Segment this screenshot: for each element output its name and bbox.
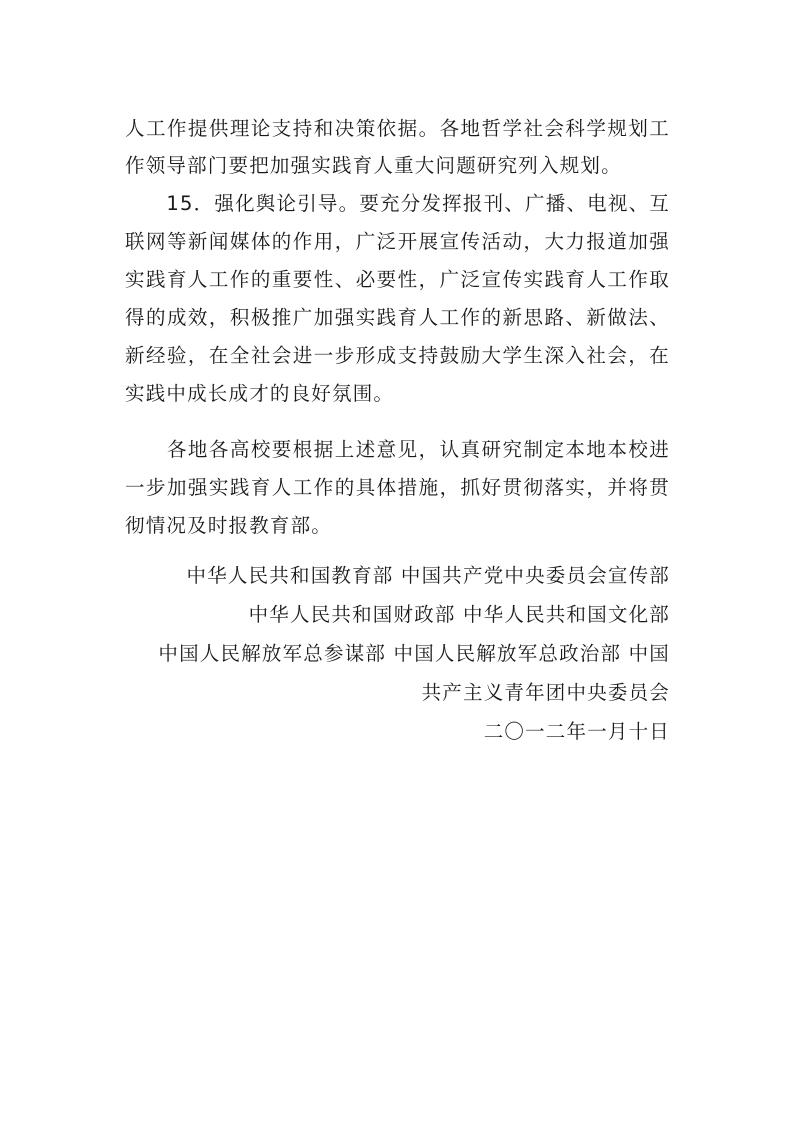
text-line: 作领导部门要把加强实践育人重大问题研究列入规划。 xyxy=(125,147,670,184)
text-line: 联网等新闻媒体的作用，广泛开展宣传活动，大力报道加强 xyxy=(125,223,670,260)
text-line: 人工作提供理论支持和决策依据。各地哲学社会科学规划工 xyxy=(125,110,670,147)
text-line: 实践中成长成才的良好氛围。 xyxy=(125,375,670,412)
text-line: 15．强化舆论引导。要充分发挥报刊、广播、电视、互 xyxy=(125,185,670,222)
text-line: 一步加强实践育人工作的具体措施，抓好贯彻落实，并将贯 xyxy=(125,469,670,506)
signatory-line: 中华人民共和国财政部 中华人民共和国文化部 xyxy=(125,596,670,633)
document-page: 人工作提供理论支持和决策依据。各地哲学社会科学规划工 作领导部门要把加强实践育人… xyxy=(0,0,793,1122)
text-line: 各地各高校要根据上述意见，认真研究制定本地本校进 xyxy=(125,431,670,468)
text-line: 新经验，在全社会进一步形成支持鼓励大学生深入社会，在 xyxy=(125,337,670,374)
signatory-line: 中国人民解放军总参谋部 中国人民解放军总政治部 中国 xyxy=(125,635,670,672)
signatory-line: 共产主义青年团中央委员会 xyxy=(125,674,670,711)
document-date: 二〇一二年一月十日 xyxy=(125,713,670,750)
text-line: 彻情况及时报教育部。 xyxy=(125,507,670,544)
text-line: 得的成效，积极推广加强实践育人工作的新思路、新做法、 xyxy=(125,299,670,336)
text-line: 实践育人工作的重要性、必要性，广泛宣传实践育人工作取 xyxy=(125,261,670,298)
signatory-line: 中华人民共和国教育部 中国共产党中央委员会宣传部 xyxy=(125,557,670,594)
